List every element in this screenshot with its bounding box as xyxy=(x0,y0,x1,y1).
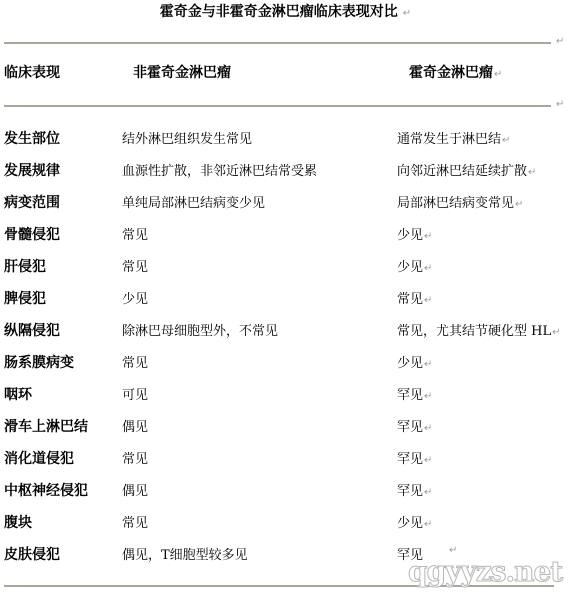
table-row: 咽环可见罕见↵ xyxy=(0,384,575,412)
hl-cell: 罕见↵ xyxy=(397,448,432,467)
hl-cell: 罕见↵ xyxy=(397,480,432,499)
top-rule-divider xyxy=(4,42,551,44)
feature-cell: 发生部位 xyxy=(4,128,60,148)
hl-cell-text: 罕见 xyxy=(397,388,423,403)
header-hl: 霍奇金淋巴瘤↵ xyxy=(409,62,502,82)
table-row: 肠系膜病变常见少见↵ xyxy=(0,352,575,380)
hl-cell-text: 局部淋巴结病变常见 xyxy=(397,196,514,211)
paragraph-mark-icon: ↵ xyxy=(556,99,564,110)
paragraph-mark-icon: ↵ xyxy=(552,327,560,338)
nhl-cell: 偶见，T细胞型较多见 xyxy=(122,544,248,563)
feature-cell: 咽环 xyxy=(4,384,32,404)
table-row: 病变范围单纯局部淋巴结病变少见局部淋巴结病变常见↵ xyxy=(0,192,575,220)
hl-cell: 向邻近淋巴结延续扩散↵ xyxy=(397,160,536,179)
hl-cell: 少见↵ xyxy=(397,352,432,371)
paragraph-mark-icon: ↵ xyxy=(424,263,432,274)
hl-cell: 少见↵ xyxy=(397,224,432,243)
hl-cell: 常见↵ xyxy=(397,288,432,307)
nhl-cell: 除淋巴母细胞型外，不常见 xyxy=(122,320,278,339)
paragraph-mark-icon: ↵ xyxy=(424,455,432,466)
feature-cell: 肝侵犯 xyxy=(4,256,46,276)
nhl-cell: 偶见 xyxy=(122,416,148,435)
nhl-cell: 可见 xyxy=(122,384,148,403)
feature-cell: 肠系膜病变 xyxy=(4,352,74,372)
nhl-cell: 常见 xyxy=(122,224,148,243)
table-row: 中枢神经侵犯偶见罕见↵ xyxy=(0,480,575,508)
hl-cell-text: 向邻近淋巴结延续扩散 xyxy=(397,164,527,179)
hl-cell: 罕见↵ xyxy=(397,384,432,403)
hl-cell-text: 少见 xyxy=(397,356,423,371)
nhl-cell: 单纯局部淋巴结病变少见 xyxy=(122,192,265,211)
hl-cell: 少见↵ xyxy=(397,512,432,531)
paragraph-mark-icon: ↵ xyxy=(494,69,502,80)
hl-cell: 局部淋巴结病变常见↵ xyxy=(397,192,523,211)
table-row: 发展规律血源性扩散，非邻近淋巴结常受累向邻近淋巴结延续扩散↵ xyxy=(0,160,575,188)
hl-cell-text: 通常发生于淋巴结 xyxy=(397,132,501,147)
hl-cell: 少见↵ xyxy=(397,256,432,275)
hl-cell-text: 罕见 xyxy=(397,452,423,467)
nhl-cell: 常见 xyxy=(122,352,148,371)
nhl-cell: 常见 xyxy=(122,512,148,531)
nhl-cell: 结外淋巴组织发生常见 xyxy=(122,128,252,147)
nhl-cell: 偶见 xyxy=(122,480,148,499)
paragraph-mark-icon: ↵ xyxy=(424,391,432,402)
document-title: 霍奇金与非霍奇金淋巴瘤临床表现对比↵ xyxy=(0,1,575,21)
hl-cell-text: 常见，尤其结节硬化型 HL xyxy=(397,324,551,339)
feature-cell: 消化道侵犯 xyxy=(4,448,74,468)
hl-cell-text: 常见 xyxy=(397,292,423,307)
table-row: 消化道侵犯常见罕见↵ xyxy=(0,448,575,476)
nhl-cell: 常见 xyxy=(122,256,148,275)
title-text: 霍奇金与非霍奇金淋巴瘤临床表现对比 xyxy=(160,4,398,20)
hl-cell-text: 少见 xyxy=(397,228,423,243)
feature-cell: 滑车上淋巴结 xyxy=(4,416,88,436)
header-nhl: 非霍奇金淋巴瘤 xyxy=(133,62,231,82)
nhl-cell: 少见 xyxy=(122,288,148,307)
paragraph-mark-icon: ↵ xyxy=(502,135,510,146)
hl-cell: 通常发生于淋巴结↵ xyxy=(397,128,510,147)
watermark: qgyyzs.net xyxy=(408,555,562,588)
paragraph-mark-icon: ↵ xyxy=(424,295,432,306)
nhl-cell: 血源性扩散，非邻近淋巴结常受累 xyxy=(122,160,317,179)
nhl-cell: 常见 xyxy=(122,448,148,467)
hl-cell: 常见，尤其结节硬化型 HL↵ xyxy=(397,320,561,339)
table-row: 肝侵犯常见少见↵ xyxy=(0,256,575,284)
hl-cell-text: 罕见 xyxy=(397,484,423,499)
feature-cell: 皮肤侵犯 xyxy=(4,544,60,564)
paragraph-mark-icon: ↵ xyxy=(515,199,523,210)
feature-cell: 病变范围 xyxy=(4,192,60,212)
table-row: 腹块常见少见↵ xyxy=(0,512,575,540)
header-hl-label: 霍奇金淋巴瘤 xyxy=(409,65,493,81)
table-row: 脾侵犯少见常见↵ xyxy=(0,288,575,316)
paragraph-mark-icon: ↵ xyxy=(424,487,432,498)
hl-cell-text: 少见 xyxy=(397,260,423,275)
feature-cell: 发展规律 xyxy=(4,160,60,180)
paragraph-mark-icon: ↵ xyxy=(424,423,432,434)
header-rule-divider xyxy=(4,105,551,107)
paragraph-mark-icon: ↵ xyxy=(424,231,432,242)
paragraph-mark-icon: ↵ xyxy=(403,8,411,19)
paragraph-mark-icon: ↵ xyxy=(424,359,432,370)
hl-cell-text: 罕见 xyxy=(397,420,423,435)
paragraph-mark-icon: ↵ xyxy=(556,36,564,47)
hl-cell: 罕见↵ xyxy=(397,416,432,435)
feature-cell: 中枢神经侵犯 xyxy=(4,480,88,500)
feature-cell: 脾侵犯 xyxy=(4,288,46,308)
feature-cell: 腹块 xyxy=(4,512,32,532)
table-row: 发生部位结外淋巴组织发生常见通常发生于淋巴结↵ xyxy=(0,128,575,156)
paragraph-mark-icon: ↵ xyxy=(528,167,536,178)
header-clinical-feature: 临床表现 xyxy=(4,62,60,82)
paragraph-mark-icon: ↵ xyxy=(424,519,432,530)
feature-cell: 纵隔侵犯 xyxy=(4,320,60,340)
table-row: 骨髓侵犯常见少见↵ xyxy=(0,224,575,252)
feature-cell: 骨髓侵犯 xyxy=(4,224,60,244)
table-row: 纵隔侵犯除淋巴母细胞型外，不常见常见，尤其结节硬化型 HL↵ xyxy=(0,320,575,348)
table-row: 滑车上淋巴结偶见罕见↵ xyxy=(0,416,575,444)
hl-cell-text: 少见 xyxy=(397,516,423,531)
